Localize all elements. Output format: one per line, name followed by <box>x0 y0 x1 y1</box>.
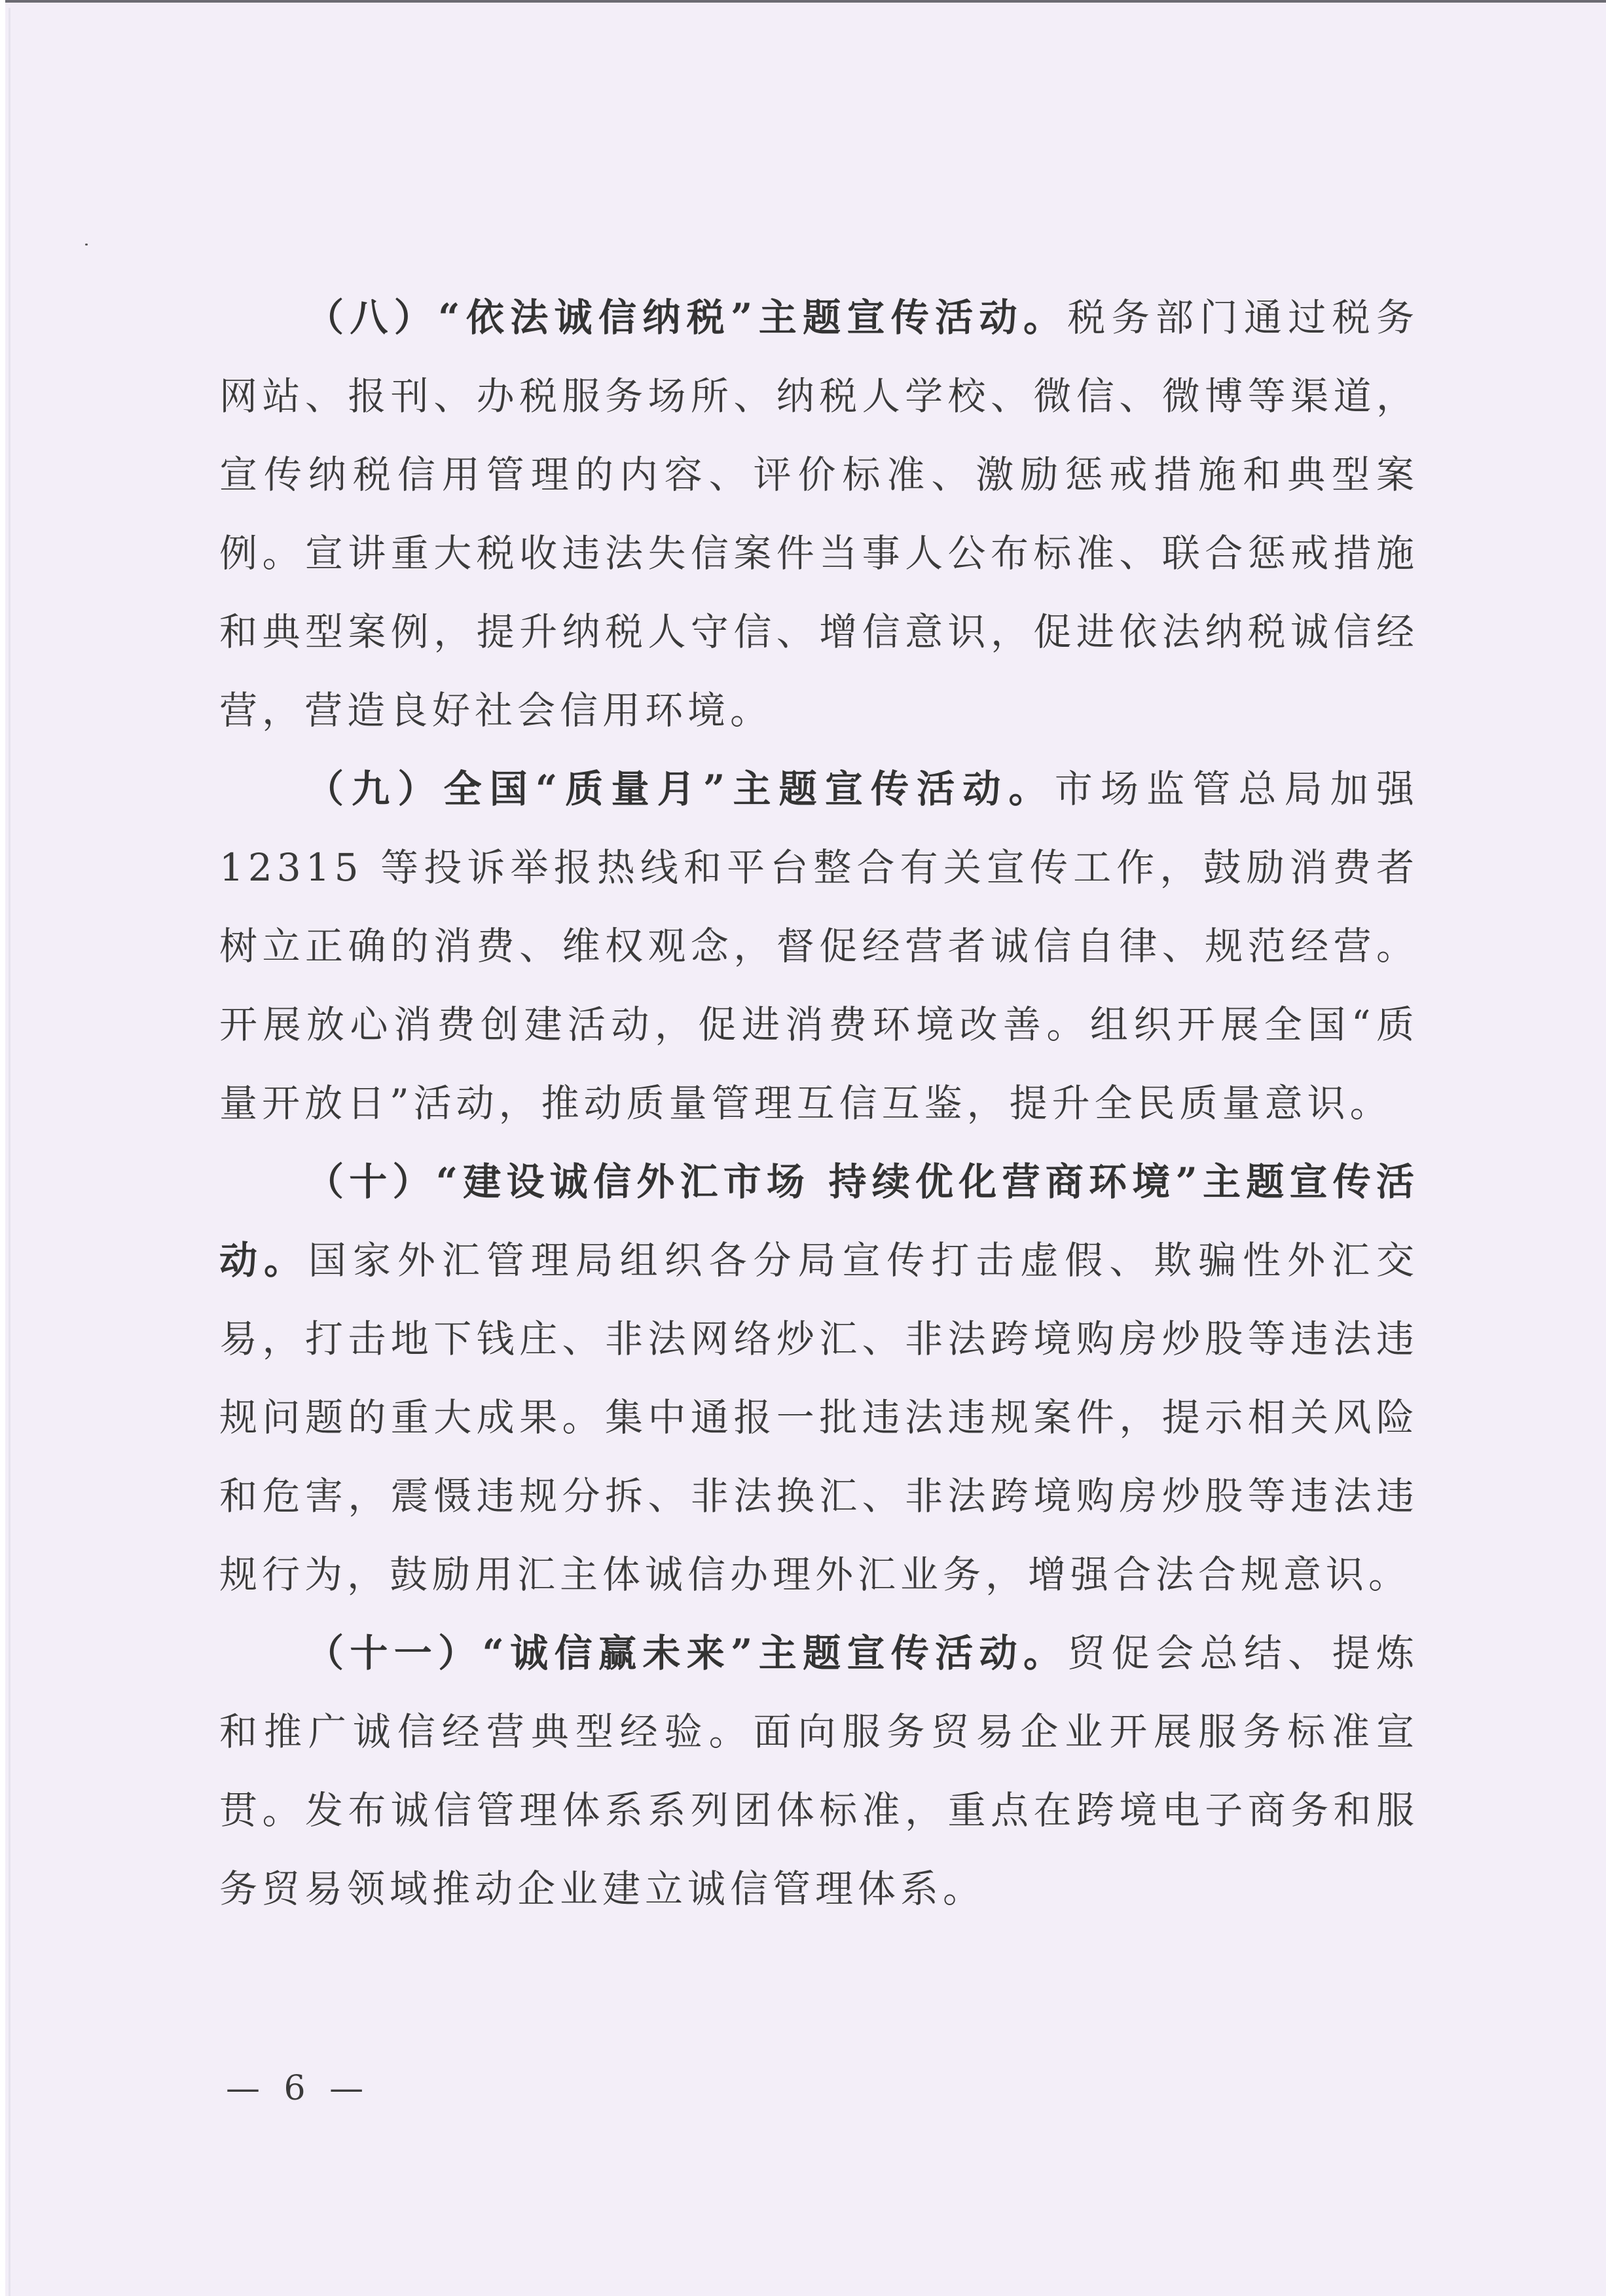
paragraph-text: 市场监管总局加强 12315 等投诉举报热线和平台整合有关宣传工作，鼓励消费者树… <box>219 767 1419 1125</box>
paragraph-9: （九）全国“质量月”主题宣传活动。市场监管总局加强 12315 等投诉举报热线和… <box>219 750 1419 1142</box>
paragraph-text: 国家外汇管理局组织各分局宣传打击虚假、欺骗性外汇交易，打击地下钱庄、非法网络炒汇… <box>219 1238 1419 1597</box>
scan-left-shadow <box>9 8 10 2296</box>
paragraph-8: （八）“依法诚信纳税”主题宣传活动。税务部门通过税务网站、报刊、办税服务场所、纳… <box>219 278 1419 750</box>
paragraph-11: （十一）“诚信赢未来”主题宣传活动。贸促会总结、提炼和推广诚信经营典型经验。面向… <box>219 1614 1419 1928</box>
page-number: — 6 — <box>226 2066 370 2111</box>
scan-left-edge <box>0 0 5 2296</box>
paragraph-heading: （九）全国“质量月”主题宣传活动。 <box>306 767 1055 811</box>
paragraph-text: 税务部门通过税务网站、报刊、办税服务场所、纳税人学校、微信、微博等渠道，宣传纳税… <box>219 295 1419 733</box>
paragraph-heading: （十一）“诚信赢未来”主题宣传活动。 <box>306 1631 1067 1675</box>
paragraph-10: （十）“建设诚信外汇市场 持续优化营商环境”主题宣传活动。国家外汇管理局组织各分… <box>219 1142 1419 1614</box>
scan-top-edge <box>0 0 1606 3</box>
scan-speck <box>85 244 88 246</box>
document-body: （八）“依法诚信纳税”主题宣传活动。税务部门通过税务网站、报刊、办税服务场所、纳… <box>219 278 1419 1928</box>
paragraph-heading: （八）“依法诚信纳税”主题宣传活动。 <box>306 295 1067 340</box>
